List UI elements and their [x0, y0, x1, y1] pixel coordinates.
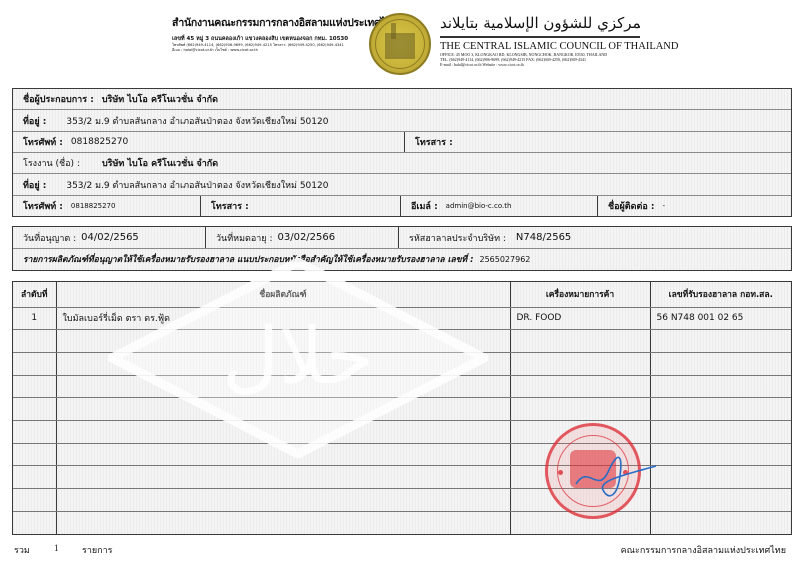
org-contact-thai: อีเมล : halal@cicot.or.th เว็บไซต์ : www… [172, 48, 362, 53]
cell-halal-number [650, 330, 791, 353]
product-table: ลำดับที่ ชื่อผลิตภัณฑ์ เครื่องหมายการค้า… [13, 282, 791, 534]
document-number: 2565027962 [479, 255, 530, 264]
cell-trademark [510, 330, 650, 353]
cell-seq [13, 330, 56, 353]
factory-name-row: โรงงาน (ชื่อ) : บริษัท ไบโอ ครีโนเวชั่น … [13, 153, 791, 174]
cell-product: ใบมัลเบอร์รี่เม็ด ตรา ดร.ฟู้ด [56, 307, 510, 330]
seal-building [385, 33, 415, 59]
cell-halal-number [650, 420, 791, 443]
table-header-row: ลำดับที่ ชื่อผลิตภัณฑ์ เครื่องหมายการค้า… [13, 282, 791, 307]
operator-name-label: ชื่อผู้ประกอบการ : [23, 92, 94, 106]
operator-address-label: ที่อยู่ : [23, 114, 46, 128]
product-table-section: ลำดับที่ ชื่อผลิตภัณฑ์ เครื่องหมายการค้า… [12, 281, 792, 535]
cell-halal-number [650, 511, 791, 534]
operator-address: 353/2 ม.9 ตำบลสันกลาง อำเภอสันป่าตอง จัง… [66, 114, 328, 128]
cell-halal-number: 56 N748 001 02 65 [650, 307, 791, 330]
cell-product [56, 511, 510, 534]
cell-halal-number [650, 398, 791, 421]
org-name-thai: สำนักงานคณะกรรมการกลางอิสลามแห่งประเทศไท… [172, 14, 362, 31]
issue-date-label: วันที่อนุญาต : [23, 231, 76, 245]
cell-product [56, 375, 510, 398]
company-code-label: รหัสฮาลาลประจำบริษัท : [409, 231, 506, 245]
cell-seq [13, 375, 56, 398]
footer-total-unit: รายการ [82, 543, 113, 557]
table-row [13, 443, 791, 466]
factory-contact-label: ชื่อผู้ติดต่อ : [608, 199, 654, 213]
cell-seq [13, 466, 56, 489]
factory-contact: - [662, 202, 665, 210]
table-row [13, 352, 791, 375]
letterhead-thai: สำนักงานคณะกรรมการกลางอิสลามแห่งประเทศไท… [172, 14, 362, 53]
cell-product [56, 443, 510, 466]
org-name-arabic: المجلس المركزي للشؤون الإسلامية بتايلاند [440, 14, 640, 34]
cell-seq [13, 398, 56, 421]
org-name-english: THE CENTRAL ISLAMIC COUNCIL OF THAILAND [440, 41, 640, 52]
footer-total-label: รวม [14, 543, 30, 557]
operator-phone-row: โทรศัพท์ : 0818825270 โทรสาร : [13, 132, 791, 153]
cell-seq [13, 489, 56, 512]
company-code: N748/2565 [516, 232, 571, 243]
footer-issuer: คณะกรรมการกลางอิสลามแห่งประเทศไทย [621, 543, 786, 557]
org-contact-english: E-mail : halal@cicot.or.th Website : www… [440, 62, 640, 67]
factory-name: บริษัท ไบโอ ครีโนเวชั่น จำกัด [102, 156, 218, 170]
letterhead-english: المجلس المركزي للشؤون الإسلامية بتايلاند… [440, 14, 640, 67]
table-row [13, 466, 791, 489]
footer-total-count: 1 [54, 543, 59, 553]
factory-fax-label: โทรสาร : [211, 199, 249, 213]
column-header-halal-number: เลขที่รับรองฮาลาล กอท.สล. [650, 282, 791, 307]
letterhead-rule [440, 36, 640, 38]
operator-phone-label: โทรศัพท์ : [23, 135, 63, 149]
factory-address: 353/2 ม.9 ตำบลสันกลาง อำเภอสันป่าตอง จัง… [66, 178, 328, 192]
cell-seq [13, 511, 56, 534]
cell-trademark [510, 398, 650, 421]
column-header-trademark: เครื่องหมายการค้า [510, 282, 650, 307]
cell-product [56, 466, 510, 489]
column-header-seq: ลำดับที่ [13, 282, 56, 307]
table-row [13, 398, 791, 421]
cell-trademark [510, 352, 650, 375]
cell-halal-number [650, 375, 791, 398]
factory-name-label: โรงงาน (ชื่อ) : [23, 156, 80, 170]
operator-factory-section: ชื่อผู้ประกอบการ : บริษัท ไบโอ ครีโนเวชั… [12, 88, 792, 217]
operator-name-row: ชื่อผู้ประกอบการ : บริษัท ไบโอ ครีโนเวชั… [13, 89, 791, 110]
factory-contact-row: โทรศัพท์ : 0818825270 โทรสาร : อีเมล์ : … [13, 196, 791, 216]
table-row [13, 420, 791, 443]
cell-halal-number [650, 352, 791, 375]
cell-halal-number [650, 466, 791, 489]
certificate-dates-row: วันที่อนุญาต : 04/02/2565 วันที่หมดอายุ … [13, 227, 791, 249]
operator-phone: 0818825270 [71, 137, 128, 147]
product-list-caption: รายการผลิตภัณฑ์ที่อนุญาตให้ใช้เครื่องหมา… [23, 252, 473, 266]
factory-phone: 0818825270 [71, 202, 116, 210]
issue-date: 04/02/2565 [81, 232, 139, 243]
operator-fax-label: โทรสาร : [415, 135, 453, 149]
cell-seq [13, 420, 56, 443]
factory-address-row: ที่อยู่ : 353/2 ม.9 ตำบลสันกลาง อำเภอสัน… [13, 174, 791, 196]
certificate-caption-row: รายการผลิตภัณฑ์ที่อนุญาตให้ใช้เครื่องหมา… [13, 249, 791, 269]
expiry-date-label: วันที่หมดอายุ : [216, 231, 272, 245]
column-header-product: ชื่อผลิตภัณฑ์ [56, 282, 510, 307]
operator-name: บริษัท ไบโอ ครีโนเวชั่น จำกัด [102, 92, 218, 106]
org-address-thai: เลขที่ 45 หมู่ 3 ถนนคลองเก้า แขวงคลองสิบ… [172, 35, 362, 43]
cell-trademark [510, 375, 650, 398]
factory-address-label: ที่อยู่ : [23, 178, 46, 192]
table-row [13, 489, 791, 512]
cell-halal-number [650, 443, 791, 466]
signature-icon [568, 444, 658, 504]
table-row [13, 511, 791, 534]
expiry-date: 03/02/2566 [277, 232, 335, 243]
table-row [13, 375, 791, 398]
cell-product [56, 420, 510, 443]
cell-halal-number [650, 489, 791, 512]
cell-product [56, 352, 510, 375]
factory-phone-label: โทรศัพท์ : [23, 199, 63, 213]
official-red-stamp [545, 423, 641, 519]
cell-product [56, 398, 510, 421]
council-seal-logo [369, 13, 431, 75]
table-row [13, 330, 791, 353]
cell-product [56, 330, 510, 353]
factory-email: admin@bio-c.co.th [446, 202, 512, 210]
cell-product [56, 489, 510, 512]
certificate-info-section: วันที่อนุญาต : 04/02/2565 วันที่หมดอายุ … [12, 226, 792, 271]
cell-seq [13, 443, 56, 466]
table-row: 1ใบมัลเบอร์รี่เม็ด ตรา ดร.ฟู้ดDR. FOOD56… [13, 307, 791, 330]
factory-email-label: อีเมล์ : [411, 199, 438, 213]
operator-address-row: ที่อยู่ : 353/2 ม.9 ตำบลสันกลาง อำเภอสัน… [13, 110, 791, 132]
cell-trademark: DR. FOOD [510, 307, 650, 330]
cell-seq [13, 352, 56, 375]
stamp-dot-left [558, 470, 563, 475]
cell-seq: 1 [13, 307, 56, 330]
